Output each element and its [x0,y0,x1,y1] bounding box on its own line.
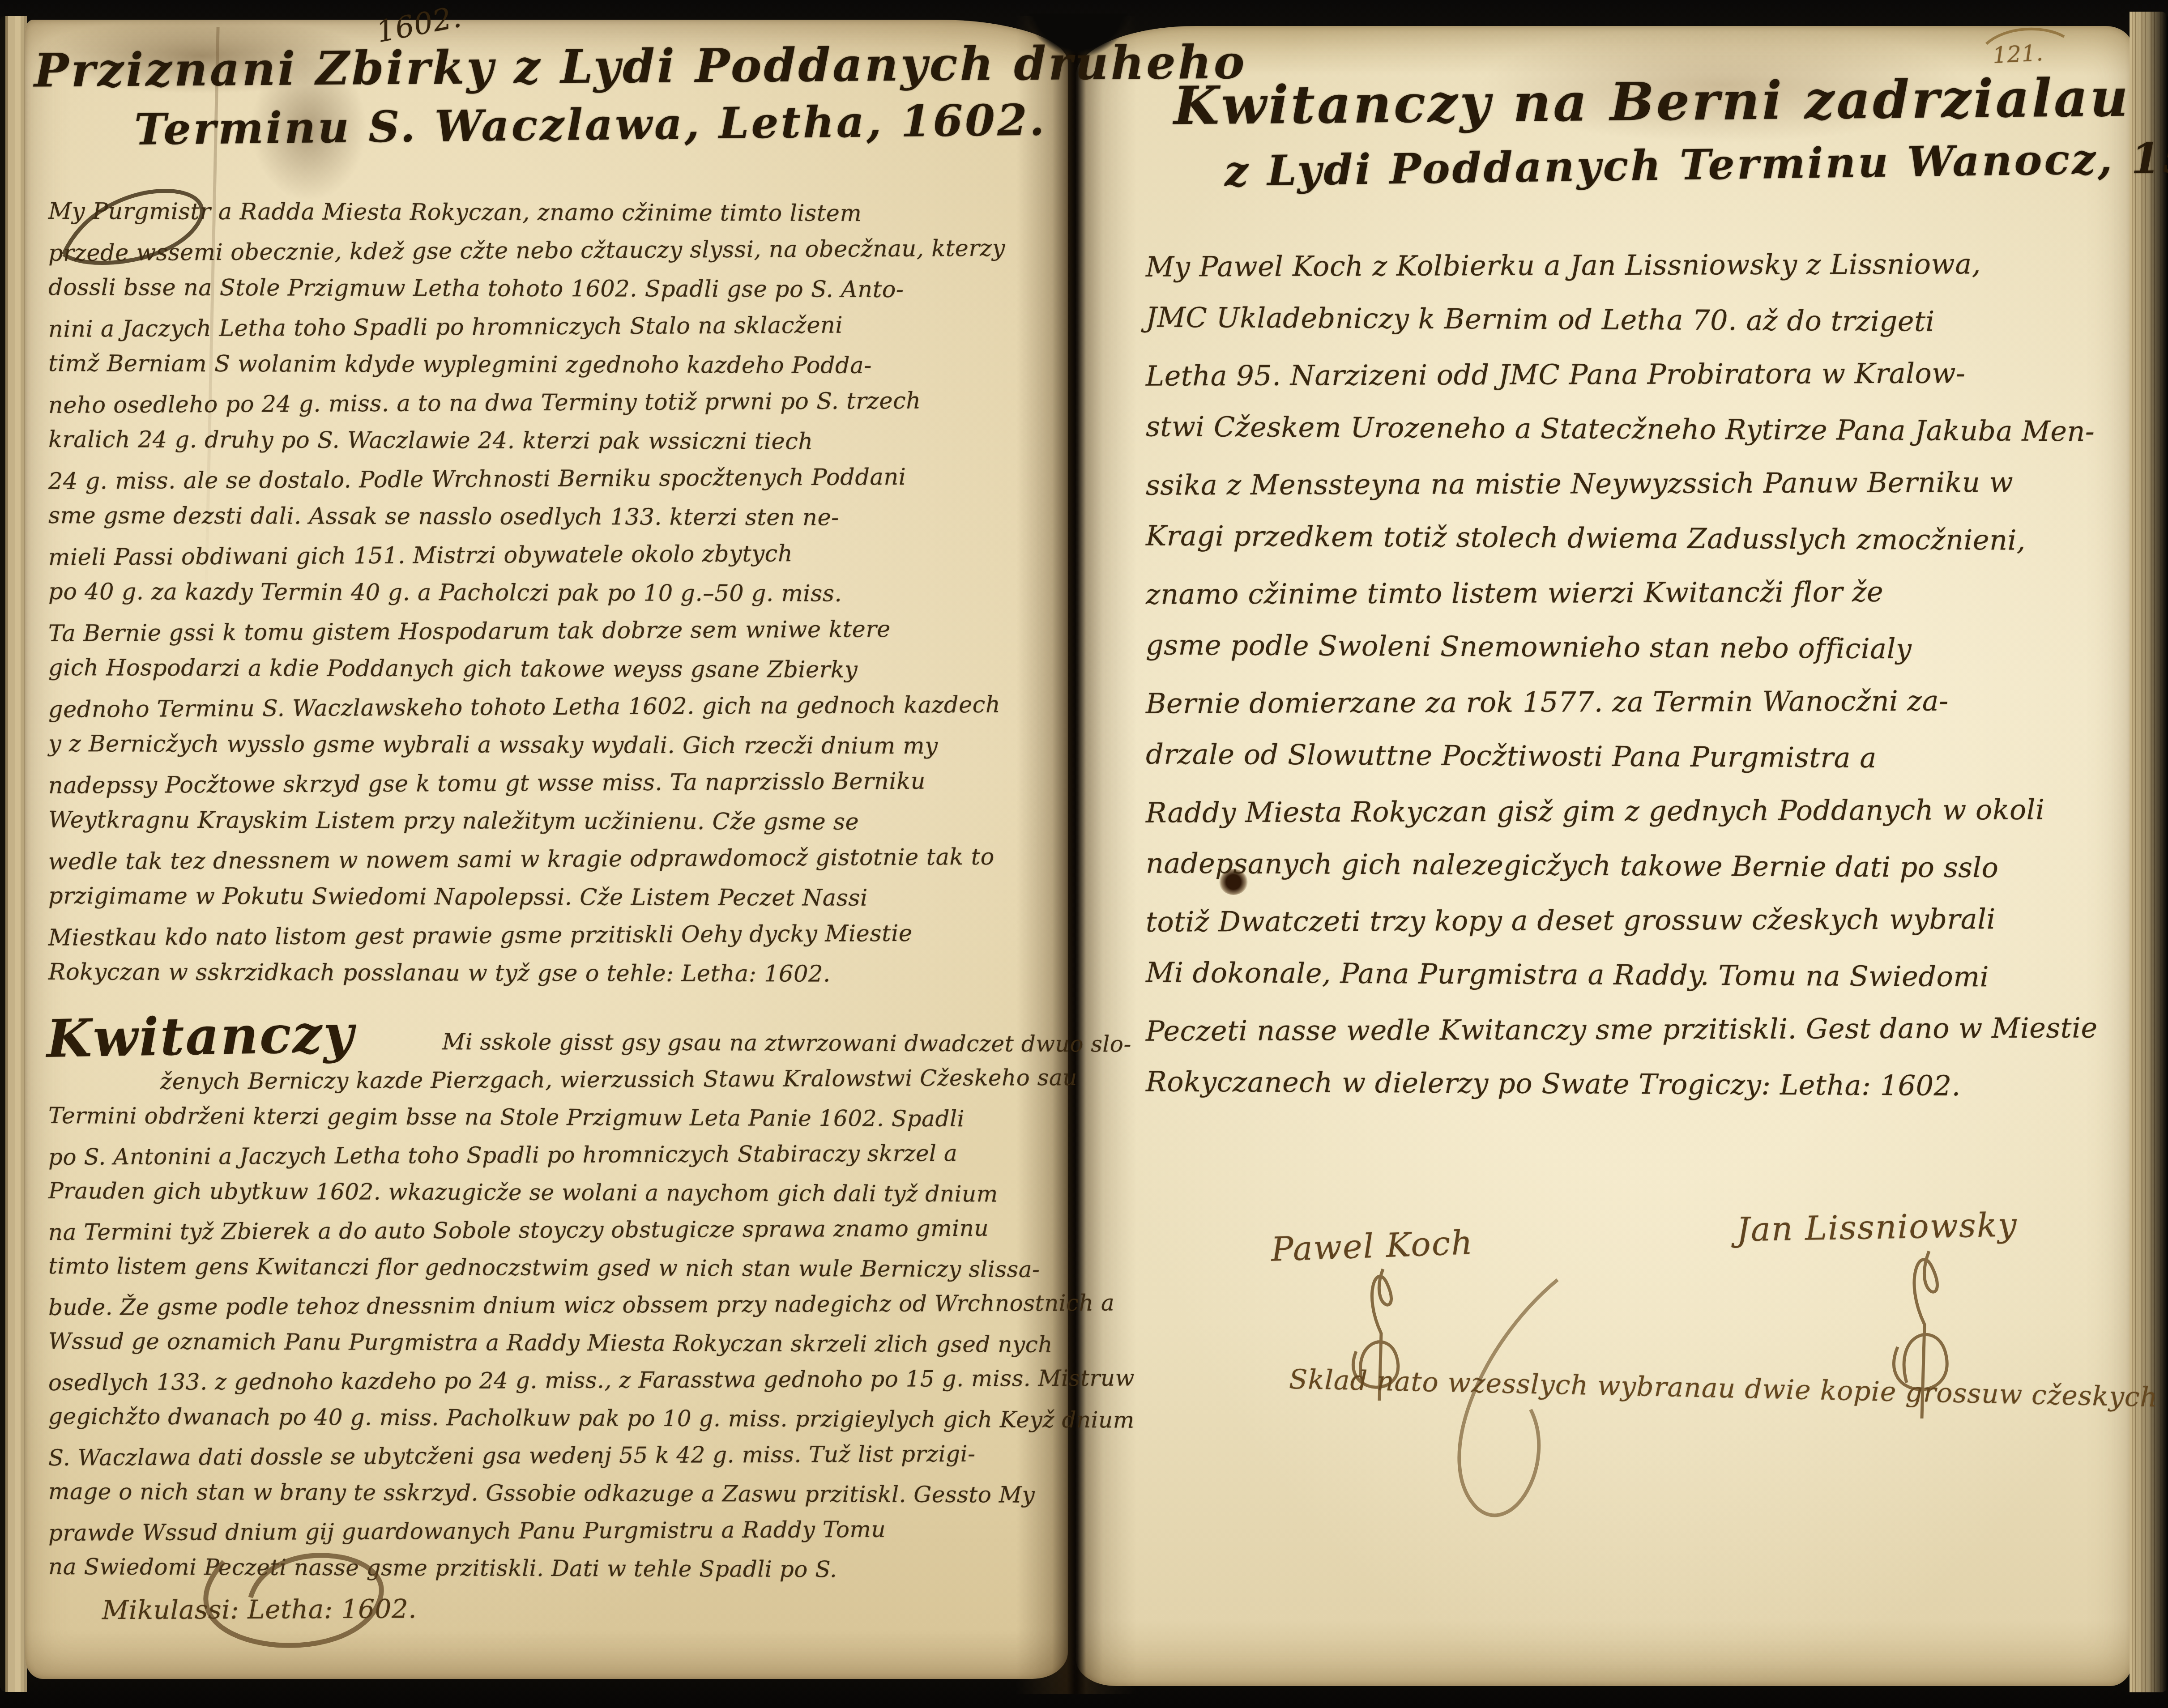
text-line: wedle tak tez dnessnem w nowem sami w kr… [48,843,1046,887]
text-line: Miestkau kdo nato listom gest prawie gsm… [48,920,1046,963]
text-line: kralich 24 g. druhy po S. Waczlawie 24. … [48,426,1046,467]
text-line: Bernie domierzane za rok 1577. za Termin… [1146,684,2095,741]
text-line: timto listem gens Kwitanczi flor gednocz… [48,1253,1051,1294]
text-line: y z Bernicžych wysslo gsme wybrali a wss… [48,731,1046,771]
text-line: Letha 95. Narzizeni odd JMC Pana Probira… [1146,356,2095,414]
text-line: JMC Ukladebniczy k Bernim od Letha 70. a… [1146,301,2095,360]
text-line: na Termini tyž Zbierek a do auto Sobole … [48,1215,1051,1257]
text-line: Peczeti nasse wedle Kwitanczy sme prziti… [1146,1011,2095,1069]
text-line: totiž Dwatczeti trzy kopy a deset grossu… [1146,902,2095,960]
text-line: po 40 g. za kazdy Termin 40 g. a Pacholc… [48,579,1046,619]
text-line: Ta Bernie gssi k tomu gistem Hospodarum … [48,615,1046,659]
right-page-paragraph: My Pawel Koch z Kolbierku a Jan Lissniow… [1146,249,2095,1122]
text-line: nini a Jaczych Letha toho Spadli po hrom… [48,311,1046,354]
text-line: nadepsanych gich nalezegicžych takowe Be… [1146,847,2095,906]
text-line: Kragi przedkem totiž stolech dwiema Zadu… [1146,519,2095,579]
text-line: Wssud ge oznamich Panu Purgmistra a Radd… [48,1328,1051,1369]
left-page-paragraph-1: My Purgmistr a Radda Miesta Rokyczan, zn… [48,200,1046,998]
signature-pawel-koch: Pawel Koch [1271,1223,1474,1269]
text-line: przigimame w Pokutu Swiedomi Napolepssi.… [48,883,1046,924]
text-line: ženych Berniczy kazde Pierzgach, wierzus… [48,1065,1051,1107]
text-line: Prauden gich ubytkuw 1602. wkazugicže se… [48,1178,1051,1219]
text-line: przede wssemi obecznie, kdež gse cžte ne… [48,235,1046,278]
text-line: Termini obdrženi kterzi gegim bsse na St… [48,1103,1051,1144]
left-page-paragraph-2: Mi sskole gisst gsy gsau na ztwrzowani d… [48,1029,1051,1631]
book-binding-edge [0,16,27,1692]
text-line: nadepssy Pocžtowe skrzyd gse k tomu gt w… [48,767,1046,811]
text-line: ssika z Menssteyna na mistie Neywyzssich… [1146,465,2095,523]
text-line: timž Berniam S wolanim kdyde wyplegmini … [48,350,1046,391]
left-page-heading-line2: Terminu S. Waczlawa, Letha, 1602. [134,94,1046,154]
text-line: po S. Antonini a Jaczych Letha toho Spad… [48,1140,1051,1182]
page-stack-fore-edge [2130,12,2168,1692]
text-line: My Purgmistr a Radda Miesta Rokyczan, zn… [48,198,1046,239]
text-line: mieli Passi obdiwani gich 151. Mistrzi o… [48,539,1046,583]
page-number: 121. [1992,40,2044,68]
text-line: neho osedleho po 24 g. miss. a to na dwa… [48,387,1046,430]
text-line: sme gsme dezsti dali. Assak se nasslo os… [48,503,1046,543]
text-line: na Swiedomi Peczeti nasse gsme przitiskl… [48,1554,1051,1595]
signature-jan-lissniowsky: Jan Lissniowsky [1736,1206,2018,1249]
left-page-heading-line1: Prziznani Zbirky z Lydi Poddanych druheh… [34,35,1247,98]
text-line: Rokyczan w sskrzidkach posslanau w tyž g… [48,959,1046,1000]
text-line: znamo cžinime timto listem wierzi Kwitan… [1146,575,2095,632]
text-line: dossli bsse na Stole Przigmuw Letha toho… [48,274,1046,315]
text-line: stwi Cžeskem Urozeneho a Statecžneho Ryt… [1146,410,2095,469]
text-line: Weytkragnu Krayskim Listem przy naležity… [48,807,1046,848]
right-page-heading-line1: Kwitanczy na Berni zadrzialau [1173,67,2130,137]
text-line: 24 g. miss. ale se dostalo. Podle Wrchno… [48,463,1046,507]
text-line: osedlych 133. z gednoho kazdeho po 24 g.… [48,1365,1051,1407]
text-line: Mi sskole gisst gsy gsau na ztwrzowani d… [48,1027,1051,1069]
text-line: S. Waczlawa dati dossle se ubytcženi gsa… [48,1440,1051,1482]
text-line: Rokyczanech w dielerzy po Swate Trogiczy… [1146,1065,2095,1124]
text-line: Mi dokonale, Pana Purgmistra a Raddy. To… [1146,956,2095,1015]
text-line: My Pawel Koch z Kolbierku a Jan Lissniow… [1146,247,2095,305]
text-line: Raddy Miesta Rokyczan gisž gim z gednych… [1146,793,2095,851]
text-line: gsme podle Swoleni Snemownieho stan nebo… [1146,628,2095,688]
text-line: gednoho Terminu S. Waczlawskeho tohoto L… [48,691,1046,735]
text-line: Mikulassi: Letha: 1602. [48,1591,1051,1633]
text-line: gegichžto dwanach po 40 g. miss. Pacholk… [48,1403,1051,1444]
manuscript-scan: 1602. Prziznani Zbirky z Lydi Poddanych … [0,0,2168,1708]
text-line: bude. Že gsme podle tehoz dnessnim dnium… [48,1290,1051,1332]
text-line: gich Hospodarzi a kdie Poddanych gich ta… [48,655,1046,695]
text-line: prawde Wssud dnium gij guardowanych Panu… [48,1516,1051,1558]
text-line: drzale od Slowuttne Pocžtiwosti Pana Pur… [1146,737,2095,797]
text-line: mage o nich stan w brany te sskrzyd. Gss… [48,1478,1051,1520]
